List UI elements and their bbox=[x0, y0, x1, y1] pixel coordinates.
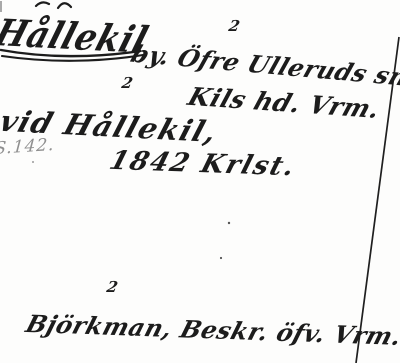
speck bbox=[32, 161, 34, 163]
handwriting-dateline-1842: 1842 Krlst. bbox=[107, 148, 300, 180]
headword-hallekil: Hållekil bbox=[0, 14, 152, 58]
pencil-page-reference: S.142. bbox=[0, 137, 55, 158]
top-edge-cutoff-stroke bbox=[36, 2, 49, 6]
top-edge-cutoff-stroke bbox=[58, 3, 71, 8]
left-edge-mark bbox=[0, 1, 2, 12]
speck bbox=[220, 257, 222, 259]
scanned-archive-card: Hållekil by. Öfre Ulleruds sn. 2 Kils hd… bbox=[0, 0, 400, 363]
speck bbox=[228, 222, 230, 224]
